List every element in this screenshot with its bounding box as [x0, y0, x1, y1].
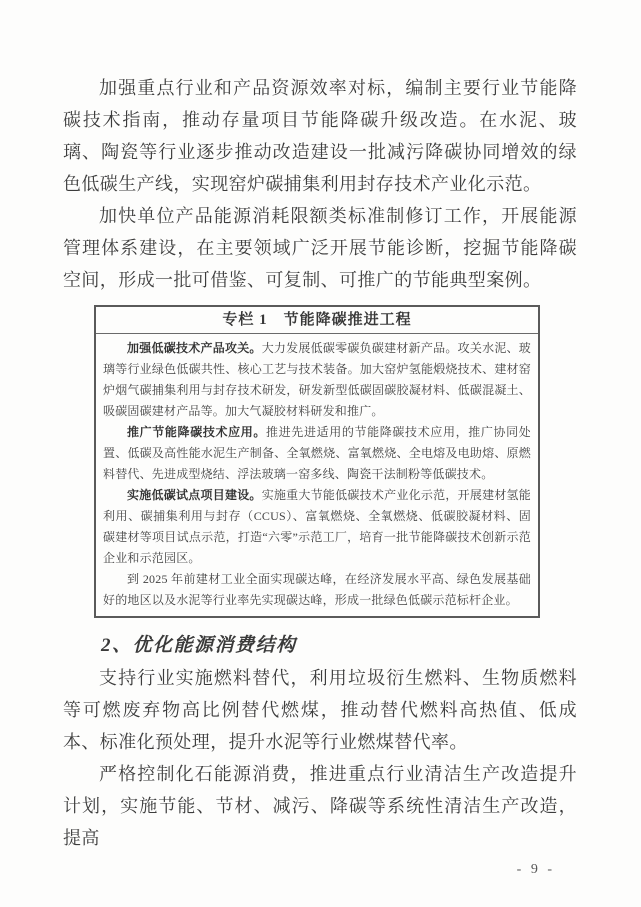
callout-box-body: 加强低碳技术产品攻关。大力发展低碳零碳负碳建材新产品。攻关水泥、玻璃等行业绿色低…: [96, 334, 538, 616]
document-page: 加强重点行业和产品资源效率对标，编制主要行业节能降碳技术指南，推动存量项目节能降…: [0, 0, 641, 907]
section-heading-energy-structure: 2、优化能源消费结构: [63, 630, 577, 662]
page-number: - 9 -: [63, 862, 577, 878]
callout-item-lead: 实施低碳试点项目建设。: [127, 488, 262, 502]
callout-item-low-carbon-tech: 加强低碳技术产品攻关。大力发展低碳零碳负碳建材新产品。攻关水泥、玻璃等行业绿色低…: [103, 338, 531, 422]
callout-box-title: 专栏 1 节能降碳推进工程: [96, 307, 538, 334]
callout-item-lead: 推广节能降碳技术应用。: [127, 425, 266, 439]
callout-item-lead: 加强低碳技术产品攻关。: [127, 341, 262, 355]
paragraph-energy-standards: 加快单位产品能源消耗限额类标准制修订工作，开展能源管理体系建设，在主要领域广泛开…: [63, 200, 577, 296]
paragraph-fuel-substitution: 支持行业实施燃料替代，利用垃圾衍生燃料、生物质燃料等可燃废弃物高比例替代燃煤，推…: [63, 662, 577, 758]
callout-item-tech-application: 推广节能降碳技术应用。推进先进适用的节能降碳技术应用，推广协同处置、低碳及高性能…: [103, 422, 531, 485]
callout-item-pilot-projects: 实施低碳试点项目建设。实施重大节能低碳技术产业化示范，开展建材氢能利用、碳捕集利…: [103, 485, 531, 569]
callout-item-carbon-peak-goal: 到 2025 年前建材工业全面实现碳达峰，在经济发展水平高、绿色发展基础好的地区…: [103, 569, 531, 611]
callout-item-text: 到 2025 年前建材工业全面实现碳达峰，在经济发展水平高、绿色发展基础好的地区…: [103, 572, 531, 607]
paragraph-resource-efficiency: 加强重点行业和产品资源效率对标，编制主要行业节能降碳技术指南，推动存量项目节能降…: [63, 72, 577, 200]
paragraph-fossil-energy-control: 严格控制化石能源消费，推进重点行业清洁生产改造提升计划，实施节能、节材、减污、降…: [63, 758, 577, 854]
callout-box: 专栏 1 节能降碳推进工程 加强低碳技术产品攻关。大力发展低碳零碳负碳建材新产品…: [94, 305, 540, 618]
